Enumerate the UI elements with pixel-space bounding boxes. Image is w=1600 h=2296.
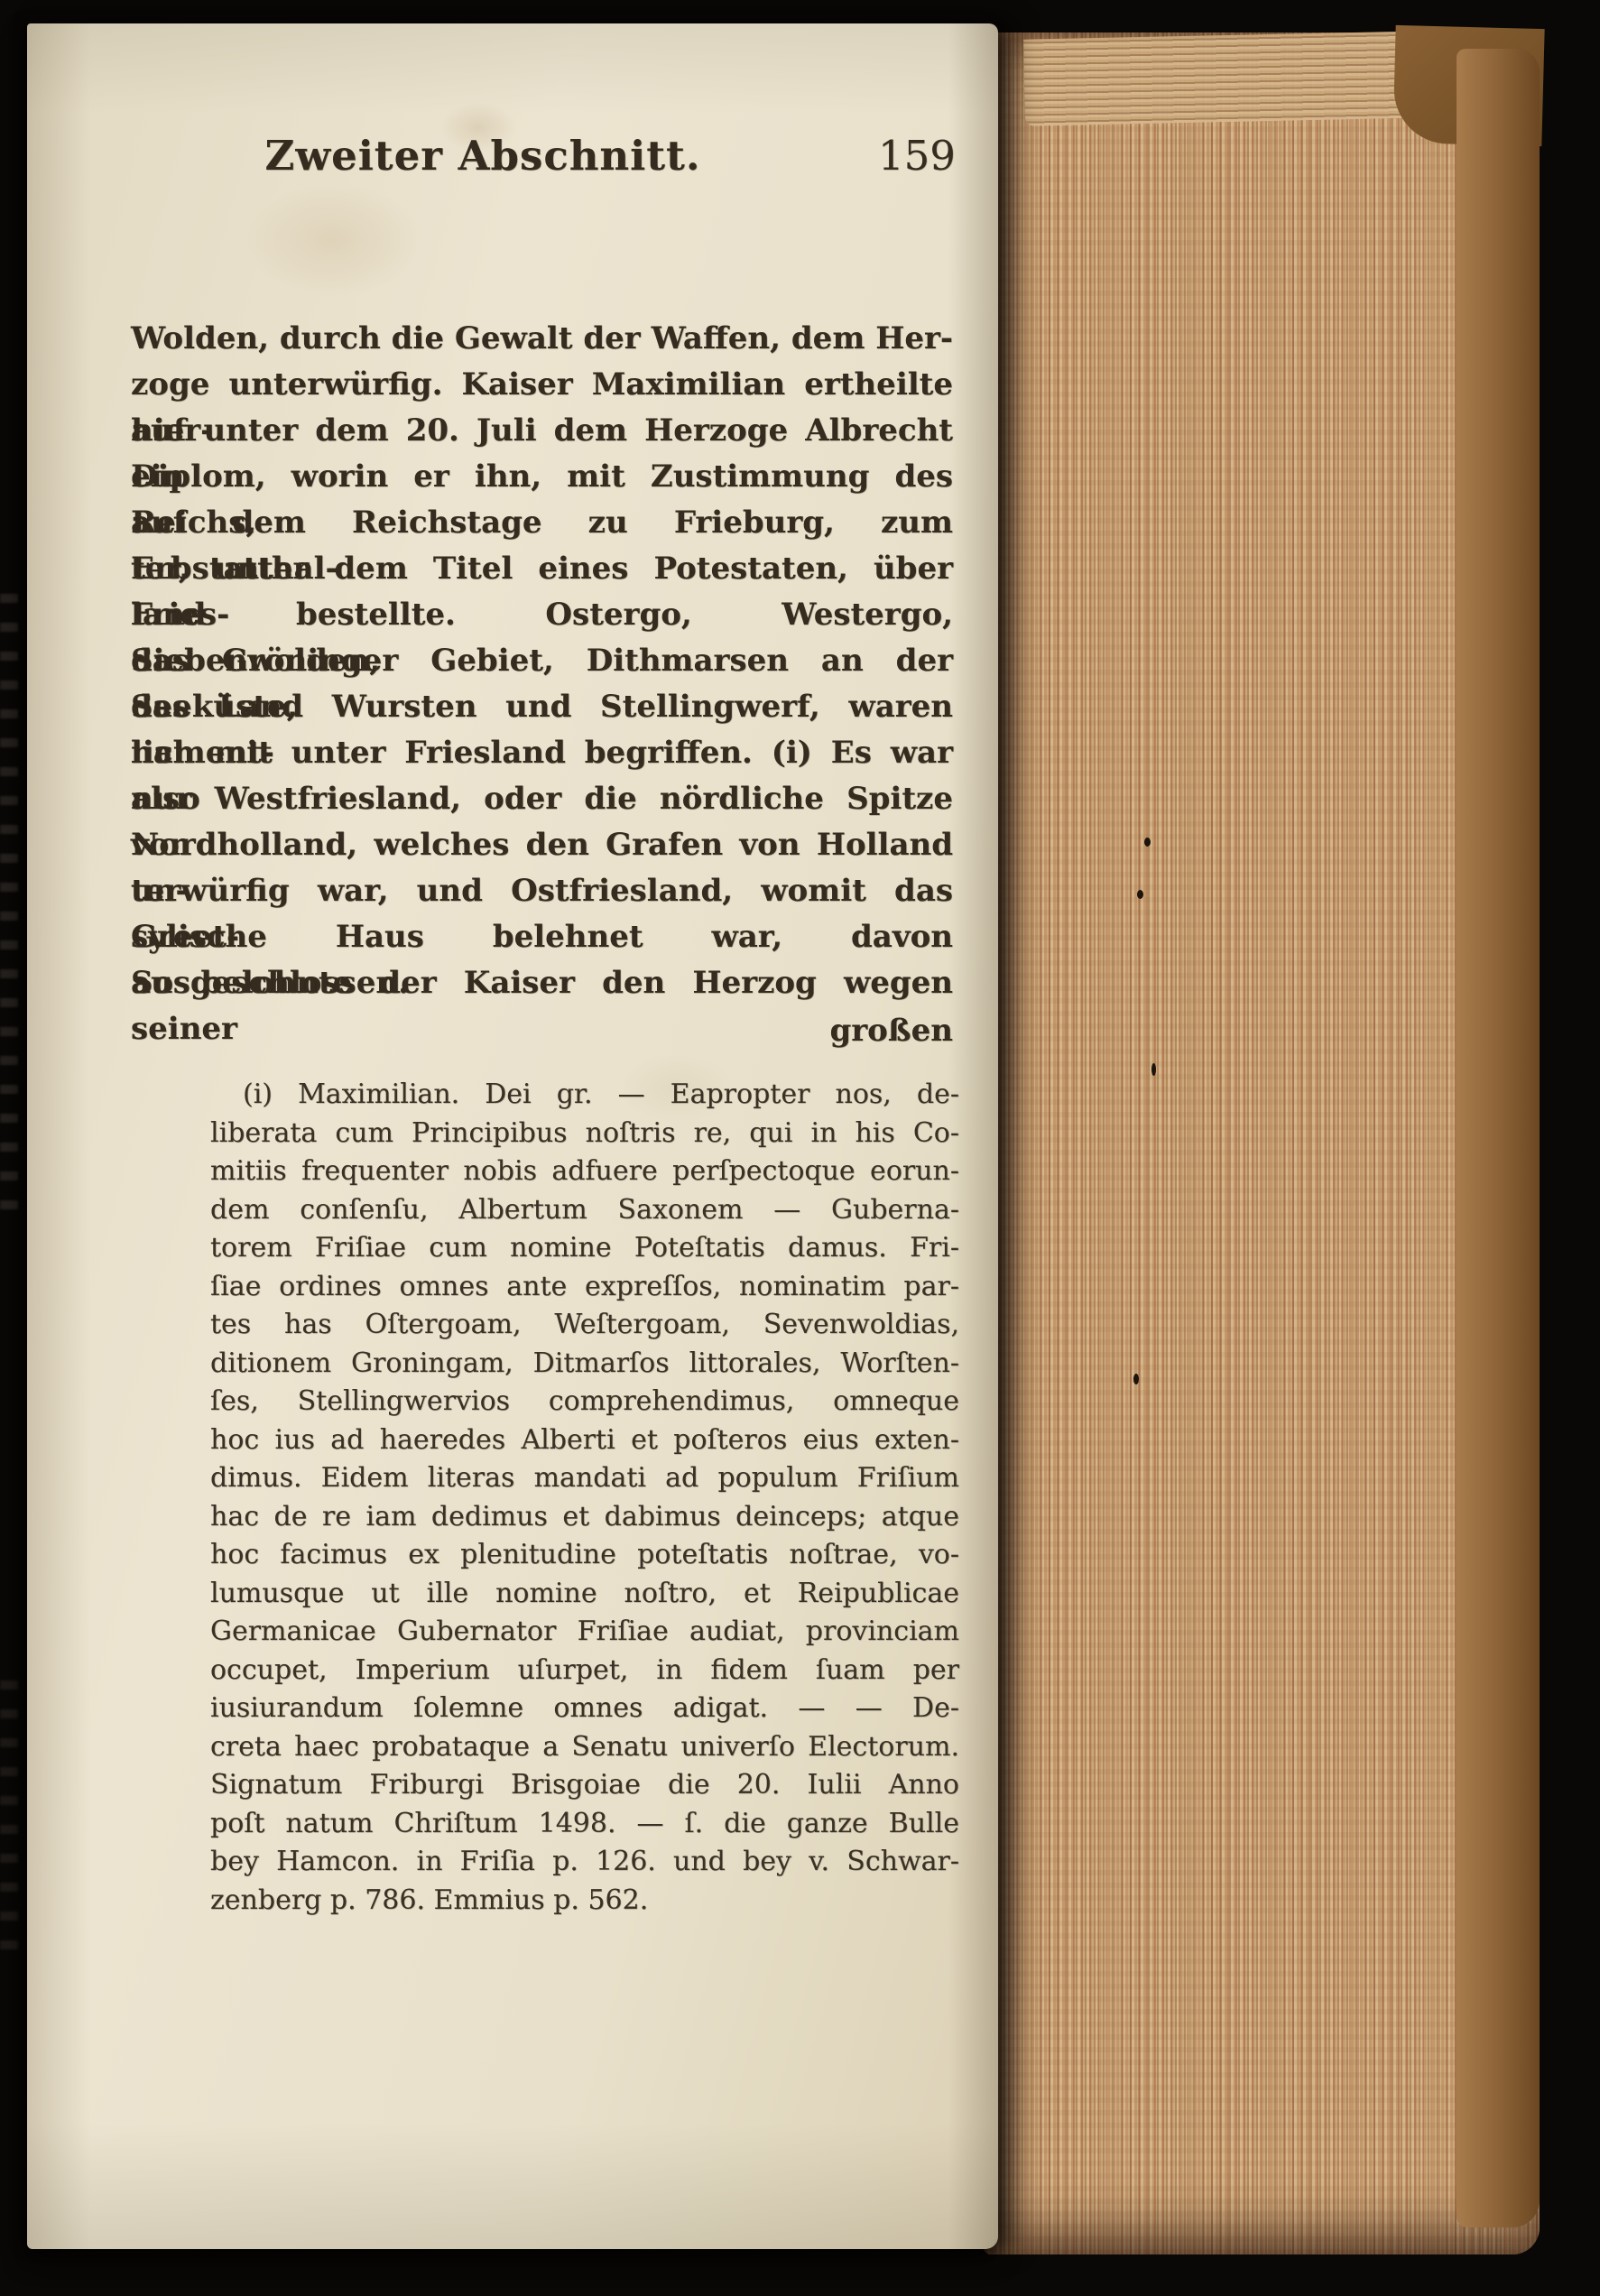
paper-speck (1137, 890, 1143, 899)
body-line: das Land Wursten und Stellingwerf, waren… (131, 684, 953, 730)
footnote-line: torem Friſiae cum nomine Poteſtatis damu… (210, 1229, 959, 1268)
section-heading: Zweiter Abschnitt. (131, 132, 835, 180)
cover-edge (1457, 49, 1540, 2227)
footnote-line: ſiae ordines omnes ante expreſſos, nomin… (210, 1268, 959, 1307)
paper-speck (1133, 1374, 1139, 1384)
footnote-line: bey Hamcon. in Friſia p. 126. und bey v.… (210, 1843, 959, 1882)
footnote-line: hoc ius ad haeredes Alberti et poſteros … (210, 1421, 959, 1460)
body-line: auf dem Reichstage zu Frieburg, zum Erbs… (131, 500, 953, 546)
body-line: Diplom, worin er ihn, mit Zustimmung des… (131, 454, 953, 500)
footnote-line: lumusque ut ille nomine noſtro, et Reipu… (210, 1575, 959, 1614)
ghost-text-left (0, 578, 18, 1209)
footnote-line: mitiis frequenter nobis adfuere perſpect… (210, 1153, 959, 1191)
footnote-line: zenberg p. 786. Emmius p. 562. (210, 1882, 959, 1921)
book-scan: Zweiter Abschnitt. 159 Wolden, durch die… (0, 0, 1600, 2296)
footnote: (i) Maximilian. Dei gr. — Eapropter nos,… (210, 1076, 959, 1920)
footnote-line: occupet, Imperium uſurpet, in fidem ſuam… (210, 1652, 959, 1690)
footnote-line: poſt natum Chriſtum 1498. — ſ. die ganze… (210, 1805, 959, 1844)
body-line: terwürfig war, und Ostfriesland, womit d… (131, 868, 953, 914)
body-line: ter, unter dem Titel eines Potestaten, ü… (131, 546, 953, 592)
footnote-line: hoc facimus ex plenitudine poteſtatis no… (210, 1536, 959, 1575)
body-line: zoge unterwürfig. Kaiser Maximilian erth… (131, 362, 953, 408)
body-line: Wolden, durch die Gewalt der Waffen, dem… (131, 316, 953, 362)
footnote-line: creta haec probataque a Senatu univerſo … (210, 1728, 959, 1767)
body-line: lich mit unter Friesland begriffen. (i) … (131, 730, 953, 776)
page-number: 159 (878, 132, 956, 180)
footnote-line: (i) Maximilian. Dei gr. — Eapropter nos,… (210, 1076, 959, 1115)
footnote-line: Germanicae Gubernator Friſiae audiat, pr… (210, 1613, 959, 1652)
catchword: großen (131, 1013, 953, 1049)
footnote-line: dem conſenſu, Albertum Saxonem — Guberna… (210, 1191, 959, 1230)
footnote-line: dimus. Eidem literas mandati ad populum … (210, 1459, 959, 1498)
footnote-line: ſes, Stellingwervios comprehendimus, omn… (210, 1383, 959, 1421)
paper-speck (1151, 1063, 1156, 1076)
footnote-line: iusiurandum ſolemne omnes adigat. — — De… (210, 1690, 959, 1728)
footnote-line: Signatum Friburgi Brisgoiae die 20. Iuli… (210, 1766, 959, 1805)
body-line: sylische Haus belehnet war, davon ausges… (131, 914, 953, 960)
footnote-line: liberata cum Principibus noſtris re, qui… (210, 1115, 959, 1153)
footnote-line: ditionem Groningam, Ditmarſos littorales… (210, 1345, 959, 1384)
footnote-line: hac de re iam dedimus et dabimus deincep… (210, 1498, 959, 1537)
body-line: nur Westfriesland, oder die nördliche Sp… (131, 776, 953, 822)
footnote-line: tes has Oſtergoam, Weſtergoam, Sevenwold… (210, 1306, 959, 1345)
body-line: land bestellte. Ostergo, Westergo, Siebe… (131, 592, 953, 638)
ghost-text-left-lower (0, 1661, 18, 1949)
body-line: auf unter dem 20. Juli dem Herzoge Albre… (131, 408, 953, 454)
book-page: Zweiter Abschnitt. 159 Wolden, durch die… (27, 23, 998, 2249)
body-text: Wolden, durch die Gewalt der Waffen, dem… (131, 316, 953, 1006)
page-header: Zweiter Abschnitt. 159 (131, 132, 953, 195)
book-fore-edge (984, 32, 1540, 2254)
body-line: Nordholland, welches den Grafen von Holl… (131, 822, 953, 868)
body-line: So belohnte der Kaiser den Herzog wegen … (131, 960, 953, 1006)
paper-speck (1144, 838, 1151, 847)
body-line: das Gröninger Gebiet, Dithmarsen an der … (131, 638, 953, 684)
